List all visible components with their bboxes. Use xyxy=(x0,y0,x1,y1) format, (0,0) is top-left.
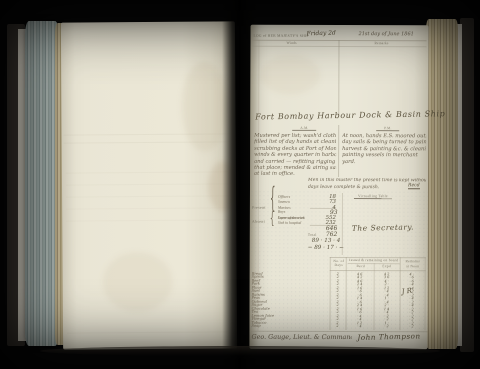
muster-group1-label: Present xyxy=(252,205,266,210)
muster-total-rule xyxy=(310,208,336,209)
log-entry-right: At noon, hands E.S. moored out; thisday … xyxy=(342,133,426,165)
page-stain xyxy=(102,252,172,312)
page-stain xyxy=(181,61,228,151)
left-page-edge-stack-blue xyxy=(25,21,59,346)
log-line: at last in office. xyxy=(254,171,336,178)
written-weekday: Friday 2d xyxy=(306,29,336,37)
right-page: LOG of HER MAJESTY'S SHIP Friday 2d 21st… xyxy=(249,25,428,350)
printed-header-prefix: LOG of HER MAJESTY'S SHIP xyxy=(254,34,309,38)
log-entry-left: Mustered per list; wash'd clothes &fille… xyxy=(254,133,336,178)
bleed-line xyxy=(66,207,232,209)
column-header-left: Winds xyxy=(286,41,296,45)
clerk-initials: J R xyxy=(401,287,412,296)
written-date: 21st day of June 1861 xyxy=(359,31,414,37)
bleed-line xyxy=(67,331,233,333)
sub-label-left: A.M. xyxy=(292,126,316,131)
mid-note-line2: days leave complete & punish. xyxy=(308,185,398,190)
page-stain xyxy=(260,55,320,95)
log-line: yard. xyxy=(342,159,426,166)
prov-col-sub2: Expd xyxy=(376,264,398,268)
muster-right-divider xyxy=(342,193,343,255)
prov-col-remains: Remains xyxy=(402,259,424,263)
signature-commander: Geo. Gauge, Lieut. & Commander xyxy=(251,333,351,341)
prov-col-days: No. of Days xyxy=(332,259,346,267)
bleed-line xyxy=(66,195,232,197)
secretary-note: The Secretary. xyxy=(352,222,414,232)
notes-column-divider xyxy=(338,125,339,177)
victualling-side-label: Victualling Table xyxy=(354,194,392,199)
prov-col-remains-sub: at Noon xyxy=(402,264,424,268)
muster-grand-total: 762 xyxy=(326,231,337,238)
upper-column-divider xyxy=(338,40,339,115)
station-title: Fort Bombay Harbour Dock & Basin Ship xyxy=(255,110,427,122)
muster-money-2: − 89 · 17 · − xyxy=(308,245,344,251)
prov-col-group: Issued & remaining on board xyxy=(348,258,400,262)
muster-total-label: Total xyxy=(308,233,317,237)
bleed-line xyxy=(66,219,232,221)
column-header-right: Remarks xyxy=(374,41,388,45)
sub-label-right: P.M. xyxy=(376,126,399,131)
provisions-rows: Bread 2 4 6 4 2 4 · Spirits 2 4 2 3 6 · … xyxy=(252,272,426,329)
left-page xyxy=(61,21,237,349)
photo-of-open-logbook: LOG of HER MAJESTY'S SHIP Friday 2d 21st… xyxy=(0,0,480,369)
signature-master: John Thompson xyxy=(357,331,420,341)
right-book-cover xyxy=(460,18,474,352)
bleed-line xyxy=(66,171,232,173)
log-line: winds & every quarter in harbour by xyxy=(254,152,336,159)
prov-col-sub1: Recd xyxy=(350,264,372,268)
right-page-edge-stack-tan xyxy=(426,19,458,349)
mid-note-mark: Recd xyxy=(408,183,420,189)
muster-group2-label: Absent xyxy=(252,219,265,224)
book-bottom-shadow xyxy=(40,346,440,356)
provision-row: Soap 2 · 4 · 2 · 2 xyxy=(252,324,426,328)
muster-group2-brace: { xyxy=(270,211,275,229)
muster-money-1: 89 · 13 · 4 xyxy=(312,238,340,244)
log-line: painting vessels in merchant xyxy=(342,152,426,159)
